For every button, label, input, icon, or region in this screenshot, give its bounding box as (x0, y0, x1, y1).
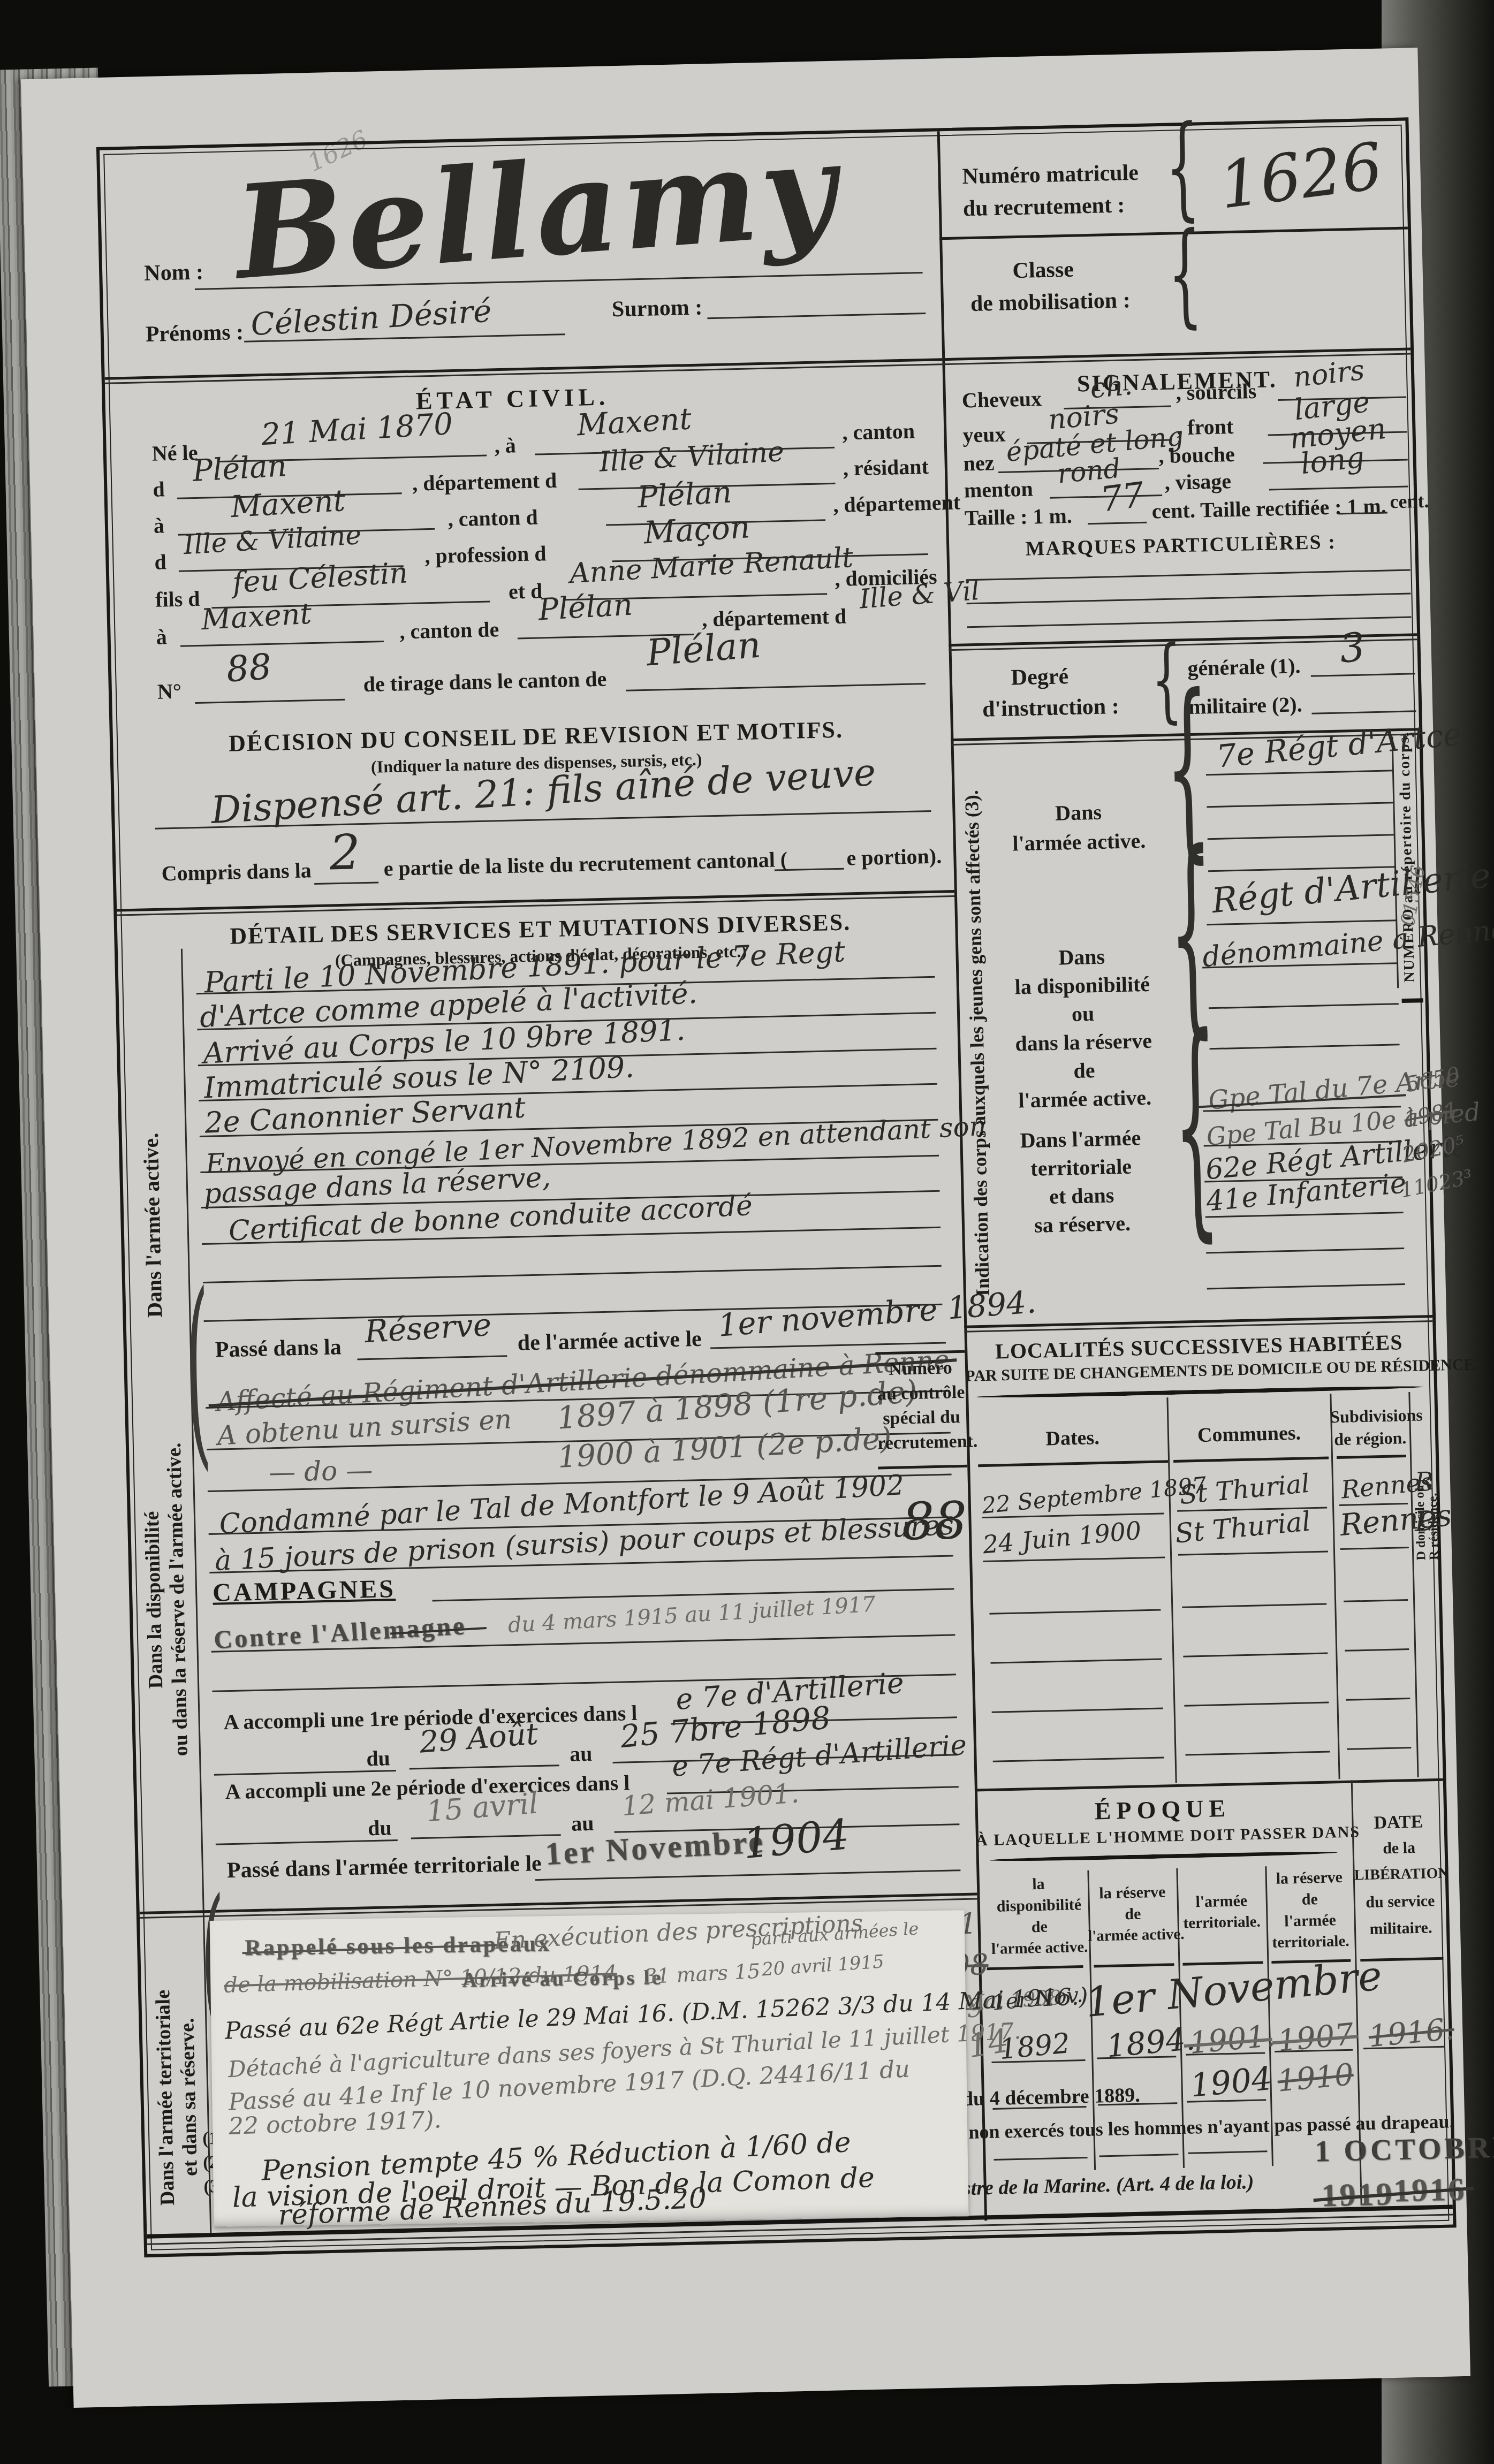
nez-label: nez (963, 450, 995, 476)
compris-label3: e portion). (846, 843, 942, 871)
nom-label: Nom : (144, 260, 204, 287)
degre-label-2: d'instruction : (982, 694, 1120, 723)
ec-a3: à (156, 624, 167, 649)
ec-dom-canton: Plélan (537, 587, 634, 627)
taille-value: 77 (1098, 475, 1147, 520)
surnom-label: Surnom : (611, 294, 702, 322)
ec-dom-commune: Maxent (200, 597, 313, 637)
taille-label: Taille : 1 m. (964, 503, 1072, 531)
epoque-c4: la réserve (1266, 1868, 1352, 1889)
localites-r2-dr: D (1414, 1505, 1437, 1538)
epoque-c4c: l'armée (1267, 1911, 1353, 1931)
classe-label-2: de mobilisation : (970, 287, 1131, 317)
taille-cent: cent. (1390, 490, 1429, 513)
campagnes-title: CAMPAGNES (213, 1574, 396, 1608)
corps-dispo-label-2: la disponibilité (996, 971, 1168, 1000)
corps-dispo-label-5: de (998, 1056, 1170, 1085)
controle-label-1: Numéro (876, 1358, 966, 1380)
octobre-stamp: 1 OCTOBRE (1315, 2130, 1494, 2169)
epoque-c2: la réserve (1089, 1883, 1176, 1903)
sursis-2: — do — (268, 1455, 373, 1488)
tirage-num: 88 (225, 646, 273, 690)
controle-num: 88 (901, 1490, 968, 1552)
passe-reserve-label: Passé dans la (215, 1334, 342, 1363)
cheveux-label: Cheveux (961, 386, 1042, 413)
tirage-no: N° (157, 679, 181, 704)
ec-canton3: , canton de (399, 617, 499, 644)
localites-h-subdiv-1: Subdivisions (1330, 1405, 1409, 1427)
controle-label-4: recrutement. (877, 1432, 967, 1454)
localites-h-communes: Communes. (1167, 1420, 1331, 1448)
pasted-slip: Rappelé sous les drapeaux En exécution d… (210, 1910, 969, 2227)
matricule-label: Numéro matricule (962, 160, 1139, 189)
visage-value: long (1299, 440, 1366, 481)
periode1-au: au (570, 1741, 593, 1767)
ec-canton: , canton (842, 418, 915, 445)
epoque-c4d: territoriale. (1265, 1932, 1356, 1952)
epoque-c1d: l'armée active. (987, 1938, 1092, 1958)
epoque-c5: DATE (1353, 1812, 1444, 1834)
epoque-c1c: de (991, 1917, 1088, 1937)
periode1-du: du (366, 1745, 391, 1771)
controle-label-2: au contrôle (876, 1382, 966, 1405)
corps-dispo-label-6: l'armée active. (999, 1084, 1171, 1113)
epoque-c3: l'armée (1178, 1891, 1265, 1912)
epoque-c4b: de (1267, 1890, 1353, 1910)
corps-terr-label-1: Dans l'armée (989, 1124, 1172, 1154)
epoque-c5c: LIBÉRATION (1354, 1865, 1445, 1884)
corps-terr-label-2: territoriale (990, 1153, 1172, 1182)
corps-active-label-2: l'armée active. (998, 827, 1159, 856)
corps-terr-label-3: et dans (990, 1181, 1173, 1211)
ec-d2: d (154, 549, 166, 574)
localites-h-subdiv-2: de région. (1331, 1428, 1410, 1449)
epoque-c1b: disponibilité (988, 1896, 1090, 1916)
register-page: 1626 Bellamy Nom : Prénoms : Célestin Dé… (21, 48, 1470, 2408)
epoque-c2c: l'armée active. (1088, 1926, 1179, 1945)
matricule-form: Bellamy Nom : Prénoms : Célestin Désiré … (96, 117, 1457, 2257)
sourcils-label: , sourcils (1176, 378, 1256, 405)
slip-20-avril: 20 avril 1915 (761, 1951, 885, 1980)
front-label: , front (1177, 414, 1234, 440)
passe-reserve-label2: de l'armée active le (517, 1326, 702, 1356)
epoque-c3b: territoriale. (1177, 1913, 1267, 1933)
taille-rect-label: cent. Taille rectifiée : 1 m. (1151, 493, 1386, 524)
ec-fils: fils d (155, 586, 200, 612)
corps-dispo-label-4: dans la réserve (998, 1028, 1170, 1056)
ec-canton-res: Plélan (636, 475, 733, 515)
classe-label: Classe (1012, 257, 1074, 284)
periode2-au: au (571, 1811, 594, 1836)
ec-residant: , résidant (843, 454, 929, 481)
arrive-corps-stamp: Arrivé au Corps le (462, 1966, 663, 1992)
ec-departement1: , département d (412, 468, 557, 496)
epoque-c5b: de la (1353, 1838, 1445, 1859)
slip-31-mars: 31 mars 15 (643, 1959, 761, 1989)
ec-lieu-naissance: Maxent (576, 401, 692, 443)
visage-label: , visage (1164, 468, 1231, 495)
ec-canton-naissance: Plélan (192, 448, 288, 489)
degre-label-1: Degré (1011, 664, 1068, 690)
menton-label: menton (964, 476, 1033, 503)
epoque-c2b: de (1090, 1904, 1176, 1925)
classe-brace: { (1166, 208, 1203, 340)
ec-canton2: , canton d (448, 504, 538, 531)
periode2-du: du (368, 1815, 392, 1841)
passe-reserve-val: Réserve (363, 1306, 492, 1350)
corps-dispo-label-3: ou (997, 999, 1169, 1028)
territoriale-year: 1904 (741, 1811, 851, 1868)
localites-h-dates: Dates. (977, 1424, 1168, 1452)
ec-d1: d (153, 476, 165, 501)
epoque-c5e: militaire. (1355, 1919, 1447, 1939)
compris-label: Compris dans la (161, 857, 312, 886)
localites-r1-dr: R (1414, 1466, 1434, 1496)
corps-active-label-1: Dans (998, 798, 1159, 827)
ec-a: , à (494, 432, 516, 458)
yeux-label: yeux (962, 422, 1006, 448)
controle-label-3: spécial du (877, 1407, 967, 1429)
corps-dispo-label-1: Dans (996, 942, 1167, 971)
ec-residence: Maxent (230, 483, 346, 524)
matricule-label-2: du recrutement : (962, 192, 1125, 222)
compris-num: 2 (329, 824, 361, 881)
ec-departement2: , département (833, 490, 961, 518)
epoque-c5d: du service (1355, 1892, 1446, 1912)
epoque-c1: la (990, 1874, 1087, 1895)
tirage-canton: Plélan (645, 624, 762, 675)
bouche-label: , bouche (1158, 442, 1235, 468)
epoque-v4b: 1910 (1276, 2057, 1355, 2099)
epoque-v3b: 1904 (1189, 2060, 1274, 2105)
prenoms-label: Prénoms : (145, 320, 244, 347)
ec-profession: , profession d (424, 541, 547, 568)
ec-ne-le: Né le (151, 440, 198, 466)
ec-a2: à (153, 513, 164, 538)
ec-profession-v: Maçon (643, 508, 751, 551)
corps-terr-label-4: sa réserve. (991, 1210, 1174, 1239)
generale-value: 3 (1338, 624, 1367, 672)
